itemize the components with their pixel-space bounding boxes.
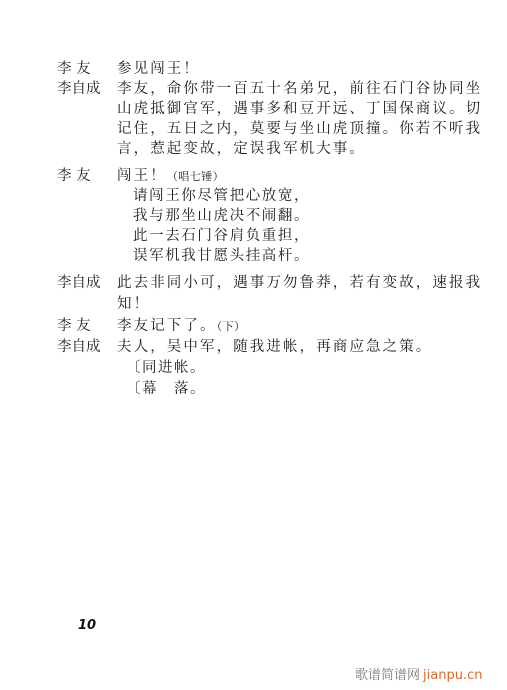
speaker-name: 李 友	[57, 59, 113, 79]
dialog-text: 此去非同小可，遇事万勿鲁莽，若有变故，速报我	[117, 273, 482, 293]
watermark-site-name: 歌谱简谱网	[355, 668, 420, 683]
speaker-name: 李 友	[57, 166, 113, 186]
song-text: 我与那坐山虎决不闹翻。	[133, 206, 310, 226]
watermark-url: jianpu.cn	[423, 668, 482, 683]
song-text: 误军机我甘愿头挂高杆。	[133, 246, 310, 266]
speaker-name: 李自成	[57, 273, 113, 293]
song-text: 请闯王你尽管把心放宽，	[133, 186, 310, 206]
dialog-text-wrap: 李友记下了。（下）	[117, 316, 246, 337]
stage-direction-text: 〔幕 落。	[126, 379, 206, 399]
dialog-text: 记住，五日之内，莫要与坐山虎顶撞。你若不听我	[117, 119, 482, 139]
dialog-text: 山虎抵御官军，遇事多和豆开远、丁国保商议。切	[117, 99, 482, 119]
stage-note: （唱七锤）	[167, 170, 225, 183]
speaker-name: 李自成	[57, 79, 113, 99]
dialog-text: 闯王！	[117, 168, 167, 184]
script-page: 李 友 参见闯王！ 李自成 李友，命你带一百五十名弟兄，前往石门谷协同坐 山虎抵…	[0, 0, 507, 690]
page-number: 10	[78, 618, 96, 633]
dialog-text: 参见闯王！	[117, 59, 200, 79]
dialog-text: 李友，命你带一百五十名弟兄，前往石门谷协同坐	[117, 79, 482, 99]
dialog-text: 夫人，吴中军，随我进帐，再商应急之策。	[117, 337, 432, 357]
speaker-name: 李自成	[57, 337, 113, 357]
song-text: 此一去石门谷肩负重担，	[133, 226, 310, 246]
stage-direction-text: 〔同进帐。	[126, 358, 206, 378]
stage-note: （下）	[217, 320, 246, 333]
speaker-name: 李 友	[57, 316, 113, 336]
dialog-text: 知！	[117, 294, 150, 314]
dialog-text-wrap: 闯王！（唱七锤）	[117, 166, 224, 187]
dialog-text: 李友记下了。	[117, 318, 217, 334]
watermark: 歌谱简谱网jianpu.cn	[355, 664, 482, 683]
dialog-text: 言，惹起变故，定误我军机大事。	[117, 139, 366, 159]
